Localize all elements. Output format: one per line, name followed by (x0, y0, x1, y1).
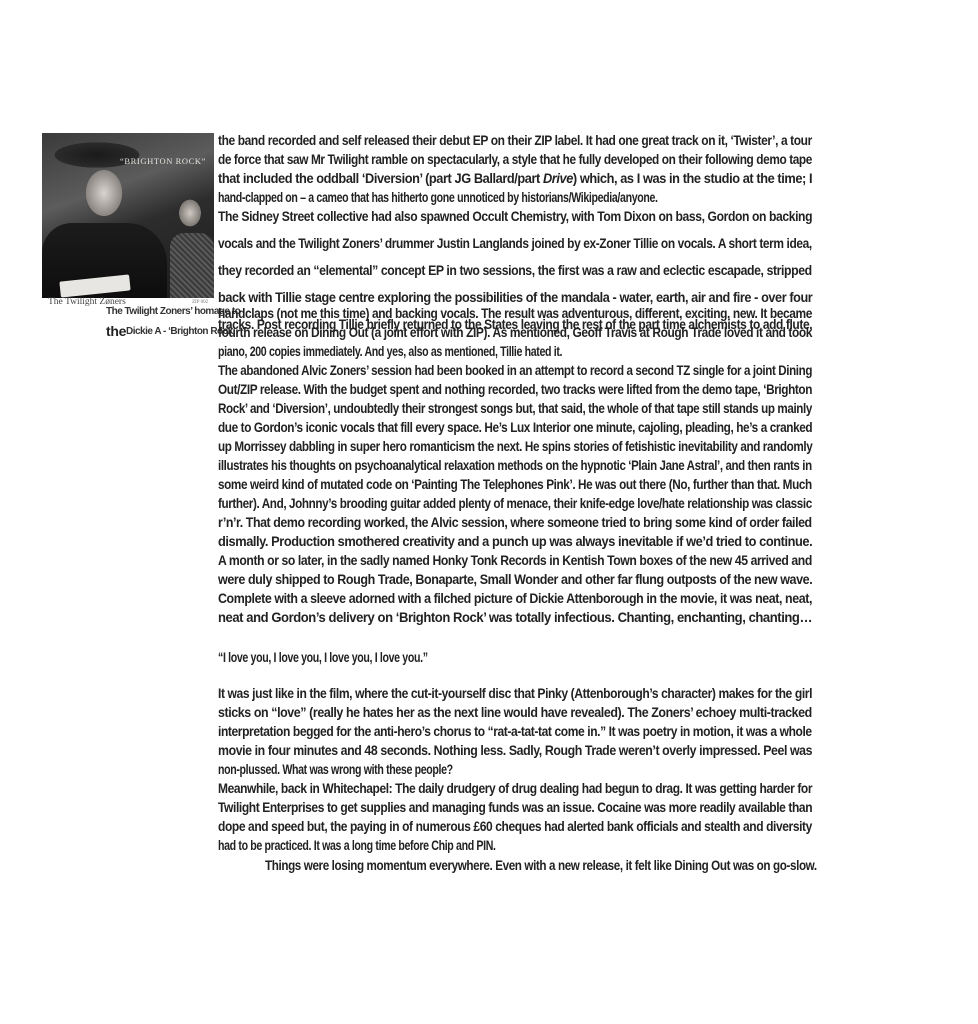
article-line: movie in four minutes and 48 seconds. No… (218, 743, 812, 759)
article-line: illustrates his thoughts on psychoanalyt… (218, 458, 812, 474)
article-line: back with Tillie stage centre exploring … (218, 290, 812, 306)
image-caption-line2-lead: the (106, 323, 126, 339)
article-quote: “I love you, I love you, I love you, I l… (218, 650, 428, 666)
article-line: de force that saw Mr Twilight ramble on … (218, 152, 812, 168)
article-line: neat and Gordon’s delivery on ‘Brighton … (218, 610, 812, 626)
article-line-indented: Things were losing momentum everywhere. … (265, 858, 817, 874)
article-line: they recorded an “elemental” concept EP … (218, 263, 812, 279)
article-line: further). And, Johnny’s brooding guitar … (218, 496, 812, 512)
article-line: some weird kind of mutated code on ‘Pain… (218, 477, 812, 493)
sleeve-catalogue-number: ZIP 002 (192, 300, 208, 305)
sleeve-film-title: “BRIGHTON ROCK” (120, 156, 206, 166)
article-line: due to Gordon’s iconic vocals that fill … (218, 420, 812, 436)
article-italic-title: Drive (543, 171, 573, 186)
article-line: sticks on “love” (really he hates her as… (218, 705, 812, 721)
article-line: r’n’r. That demo recording worked, the A… (218, 515, 812, 531)
article-line: hand-clapped on – a cameo that has hithe… (218, 190, 658, 206)
article-line: vocals and the Twilight Zoners’ drummer … (218, 236, 812, 252)
article-page: “BRIGHTON ROCK” The Twilight Zøners ZIP … (0, 0, 978, 1024)
article-line: dismally. Production smothered creativit… (218, 534, 812, 550)
article-line: up Morrissey dabbling in super hero roma… (218, 439, 812, 455)
article-line: piano, 200 copies immediately. And yes, … (218, 344, 562, 360)
article-line: It was just like in the film, where the … (218, 686, 812, 702)
article-line: interpretation begged for the anti-hero’… (218, 724, 812, 740)
article-line: Twilight Enterprises to get supplies and… (218, 800, 812, 816)
article-line: Out/ZIP release. With the budget spent a… (218, 382, 812, 398)
article-line-overlap: fourth release on Dining Out (a joint ef… (218, 325, 812, 341)
article-line: Complete with a sleeve adorned with a fi… (218, 591, 812, 607)
article-line: The abandoned Alvic Zoners’ session had … (218, 363, 812, 379)
article-text: ) which, as I was in the studio at the t… (573, 171, 812, 186)
article-line: were duly shipped to Rough Trade, Bonapa… (218, 572, 812, 588)
article-line: had to be practiced. It was a long time … (218, 838, 496, 854)
article-line: non-plussed. What was wrong with these p… (218, 762, 453, 778)
article-line: that included the oddball ‘Diversion’ (p… (218, 171, 812, 187)
album-sleeve-image: “BRIGHTON ROCK” (42, 133, 214, 298)
article-text: that included the oddball ‘Diversion’ (p… (218, 171, 543, 186)
article-line: The Sidney Street collective had also sp… (218, 209, 812, 225)
article-line: Rock’ and ‘Diversion’, undoubtedly their… (218, 401, 812, 417)
sleeve-figure-woman (170, 233, 214, 298)
article-line: Meanwhile, back in Whitechapel: The dail… (218, 781, 812, 797)
article-line: the band recorded and self released thei… (218, 133, 812, 149)
article-line: A month or so later, in the sadly named … (218, 553, 812, 569)
article-line: dope and speed but, the paying in of num… (218, 819, 812, 835)
